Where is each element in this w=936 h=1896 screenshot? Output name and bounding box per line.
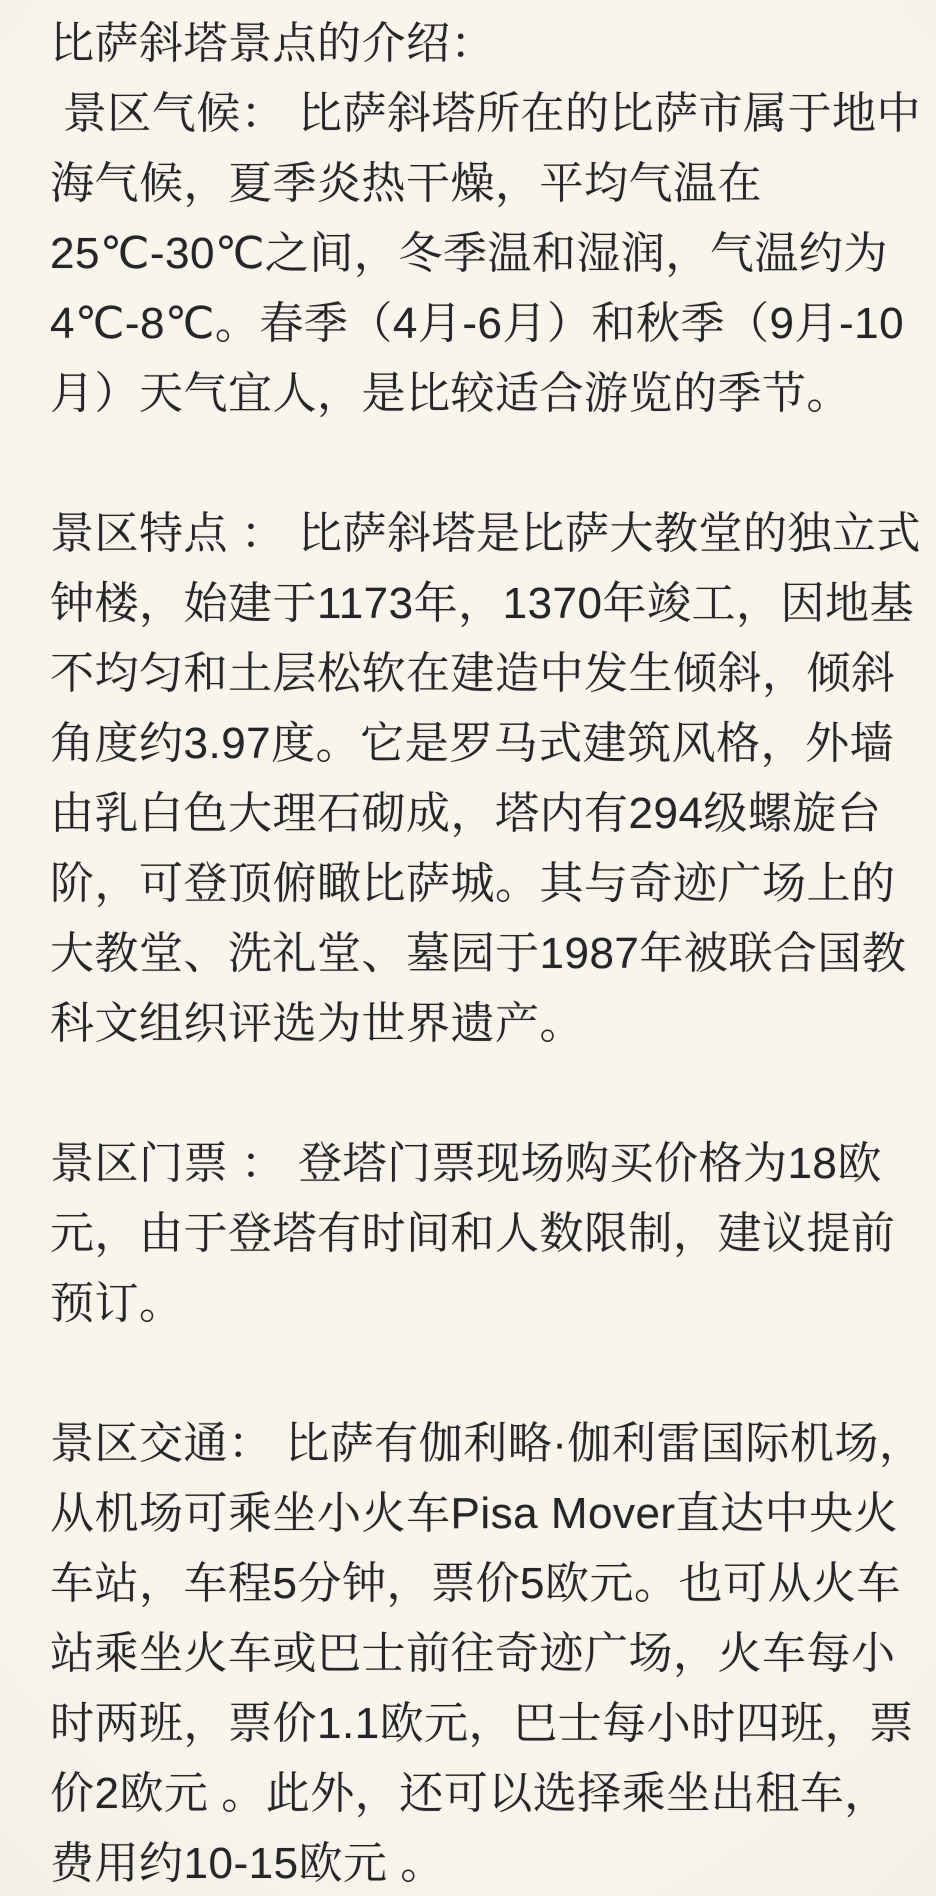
text-line: 由乳白色大理石砌成，塔内有294级螺旋台 bbox=[50, 779, 900, 849]
text-line: 角度约3.97度。它是罗马式建筑风格，外墙 bbox=[50, 709, 900, 779]
text-line: 时两班，票价1.1欧元，巴士每小时四班，票 bbox=[50, 1689, 900, 1759]
text-line: 大教堂、洗礼堂、墓园于1987年被联合国教 bbox=[50, 919, 900, 989]
text-line: 景区交通： 比萨有伽利略·伽利雷国际机场， bbox=[50, 1409, 900, 1479]
text-line: 不均匀和土层松软在建造中发生倾斜，倾斜 bbox=[50, 639, 900, 709]
text-line: 科文组织评选为世界遗产。 bbox=[50, 989, 900, 1059]
text-line: 价2欧元 。此外，还可以选择乘坐出租车， bbox=[50, 1759, 900, 1829]
text-line: 海气候，夏季炎热干燥，平均气温在 bbox=[50, 149, 900, 219]
text-line: 25℃-30℃之间，冬季温和湿润，气温约为 bbox=[50, 219, 900, 289]
text-line: 车站，车程5分钟，票价5欧元。也可从火车 bbox=[50, 1549, 900, 1619]
section-tickets: 景区门票 ： 登塔门票现场购买价格为18欧 元，由于登塔有时间和人数限制，建议提… bbox=[50, 1129, 900, 1339]
text-line: 钟楼，始建于1173年，1370年竣工，因地基 bbox=[50, 569, 900, 639]
section-transport: 景区交通： 比萨有伽利略·伽利雷国际机场， 从机场可乘坐小火车Pisa Move… bbox=[50, 1409, 900, 1896]
text-line: 景区特点 ： 比萨斜塔是比萨大教堂的独立式 bbox=[50, 499, 900, 569]
text-line: 站乘坐火车或巴士前往奇迹广场，火车每小 bbox=[50, 1619, 900, 1689]
section-climate: 景区气候： 比萨斜塔所在的比萨市属于地中 海气候，夏季炎热干燥，平均气温在 25… bbox=[50, 79, 900, 429]
text-line: 景区门票 ： 登塔门票现场购买价格为18欧 bbox=[50, 1129, 900, 1199]
document-page: 比萨斜塔景点的介绍： 景区气候： 比萨斜塔所在的比萨市属于地中 海气候，夏季炎热… bbox=[0, 0, 936, 1896]
text-line: 月）天气宜人，是比较适合游览的季节。 bbox=[50, 359, 900, 429]
section-features: 景区特点 ： 比萨斜塔是比萨大教堂的独立式 钟楼，始建于1173年，1370年竣… bbox=[50, 499, 900, 1059]
document-body: 比萨斜塔景点的介绍： 景区气候： 比萨斜塔所在的比萨市属于地中 海气候，夏季炎热… bbox=[50, 9, 900, 1896]
text-line: 元，由于登塔有时间和人数限制，建议提前 bbox=[50, 1199, 900, 1269]
text-line: 景区气候： 比萨斜塔所在的比萨市属于地中 bbox=[50, 79, 900, 149]
text-line: 4℃-8℃。春季（4月-6月）和秋季（9月-10 bbox=[50, 289, 900, 359]
text-line: 从机场可乘坐小火车Pisa Mover直达中央火 bbox=[50, 1479, 900, 1549]
text-line: 费用约10-15欧元 。 bbox=[50, 1829, 900, 1896]
text-line: 阶，可登顶俯瞰比萨城。其与奇迹广场上的 bbox=[50, 849, 900, 919]
text-line: 预订。 bbox=[50, 1269, 900, 1339]
doc-title: 比萨斜塔景点的介绍： bbox=[50, 9, 900, 79]
